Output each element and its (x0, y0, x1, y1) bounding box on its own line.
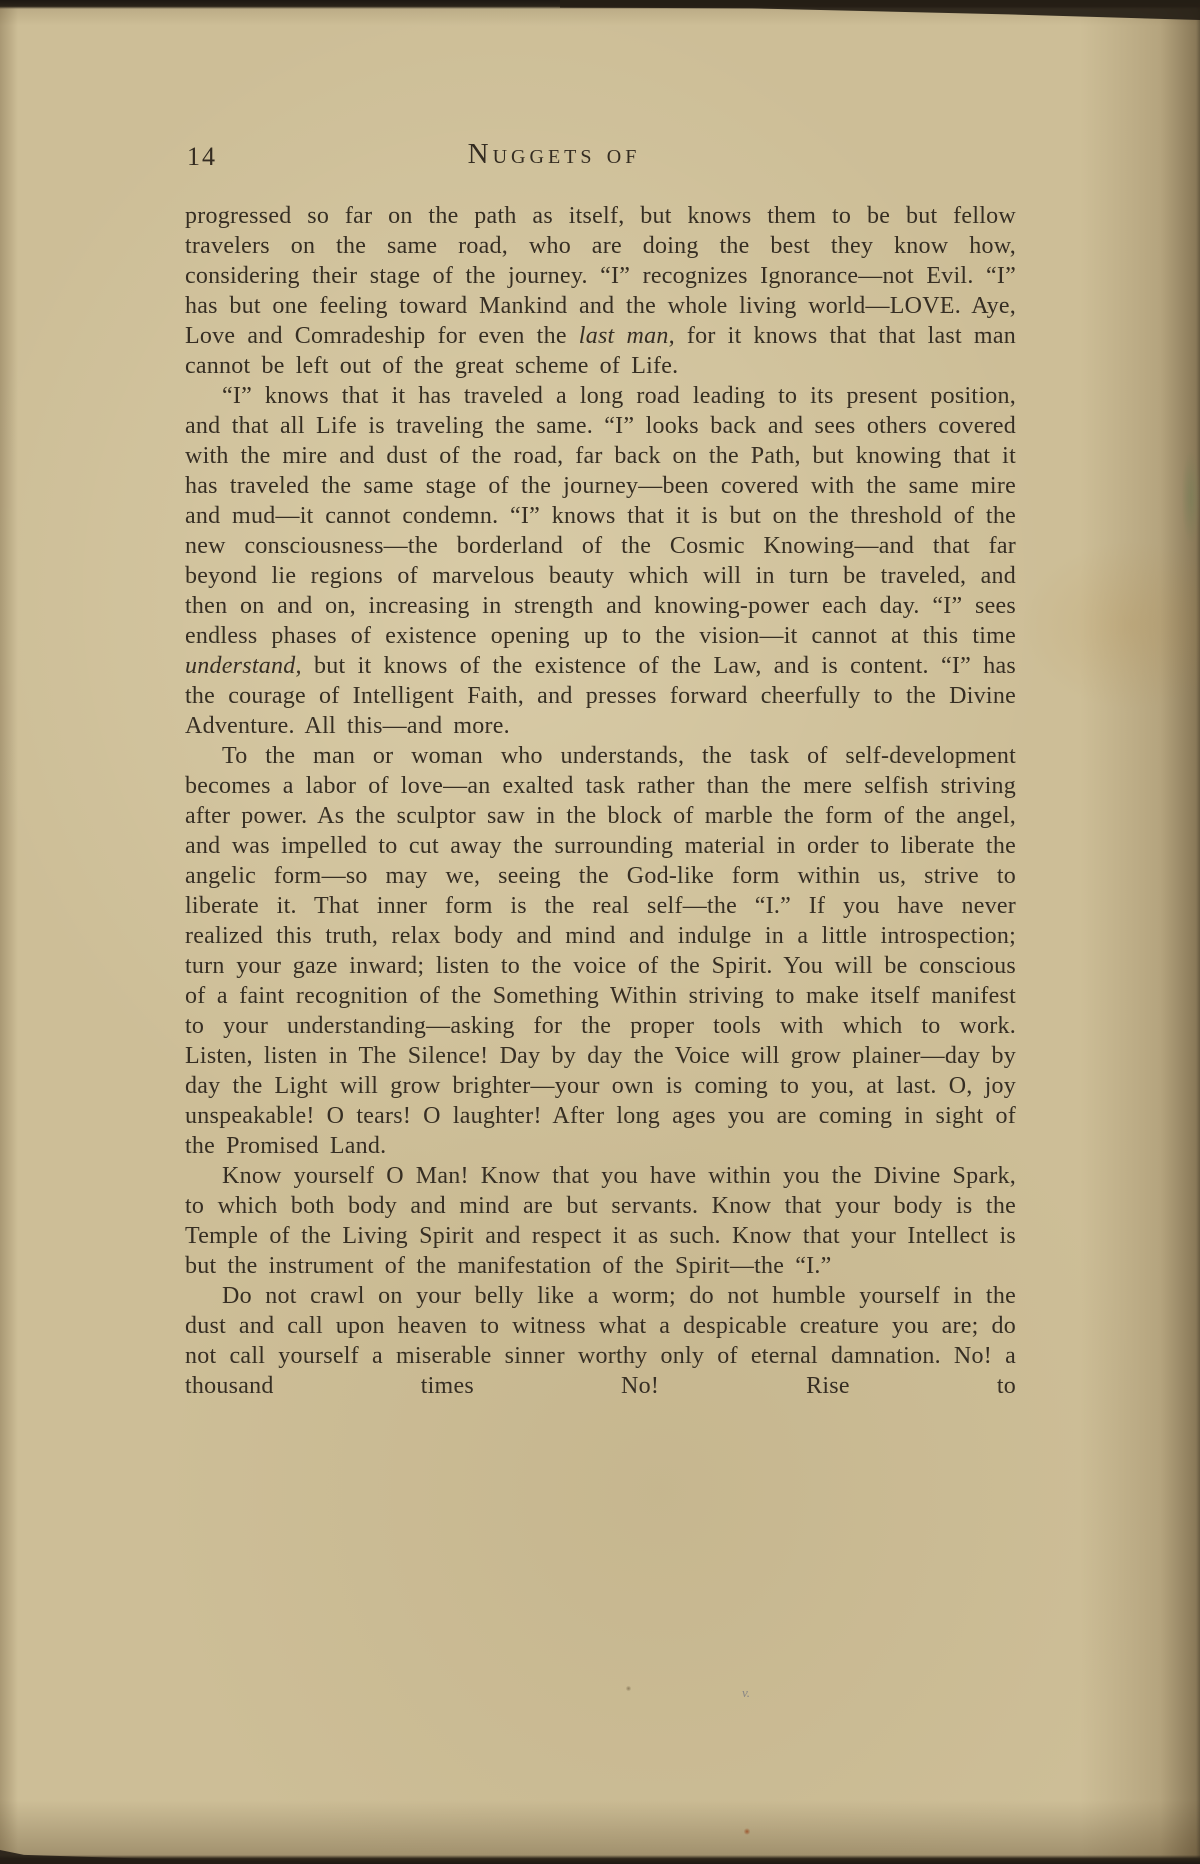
paragraph: Know yourself O Man! Know that you have … (185, 1161, 1016, 1281)
italic-text: last man, (579, 323, 675, 349)
paper-speck (744, 1828, 750, 1835)
paper-stain-green (1182, 452, 1200, 542)
body-text: but it knows of the existence of the Law… (185, 653, 1016, 739)
body-text: Know yourself O Man! Know that you have … (185, 1163, 1016, 1279)
running-header-title: Nuggets of (468, 138, 641, 171)
paper-speck-small (626, 1686, 631, 1691)
page-text-block: progressed so far on the path as itself,… (185, 201, 1016, 1401)
italic-text: understand, (185, 653, 302, 679)
paragraph: Do not crawl on your belly like a worm; … (185, 1281, 1016, 1401)
page-header: 14 Nuggets of (185, 138, 1015, 178)
paragraph: To the man or woman who understands, the… (185, 741, 1016, 1161)
body-text: Do not crawl on your belly like a worm; … (185, 1283, 1016, 1399)
ink-speck: v. (742, 1688, 756, 1698)
paragraph: progressed so far on the path as itself,… (185, 201, 1016, 381)
page-number: 14 (187, 142, 217, 172)
paragraph: “I” knows that it has traveled a long ro… (185, 381, 1016, 741)
paper-stain (1020, 540, 1200, 710)
body-text: To the man or woman who understands, the… (185, 743, 1016, 1159)
book-page-scan: v. 14 Nuggets of progressed so far on th… (0, 0, 1200, 1864)
scan-edge-top-wedge (560, 0, 1200, 20)
body-text: “I” knows that it has traveled a long ro… (185, 383, 1016, 649)
